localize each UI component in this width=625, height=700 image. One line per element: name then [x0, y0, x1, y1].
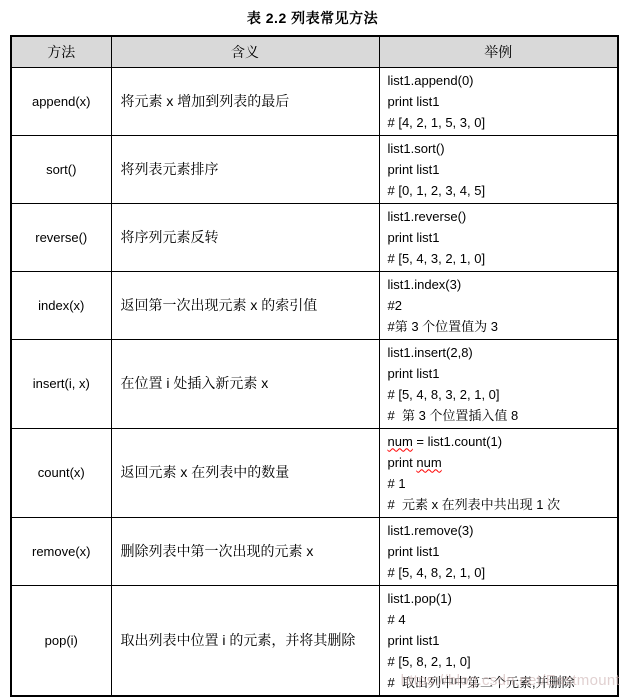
- method-cell: remove(x): [11, 517, 111, 585]
- example-line: # [5, 4, 8, 3, 2, 1, 0]: [388, 384, 610, 405]
- example-cell: list1.reverse()print list1# [5, 4, 3, 2,…: [379, 203, 618, 271]
- method-cell: count(x): [11, 428, 111, 517]
- example-line: #2: [388, 295, 610, 316]
- example-line: print num: [388, 452, 610, 473]
- meaning-cell: 删除列表中第一次出现的元素 x: [111, 517, 379, 585]
- methods-table-body: append(x) 将元素 x 增加到列表的最后 list1.append(0)…: [11, 67, 618, 696]
- misspelled-word: num: [388, 434, 413, 449]
- header-method: 方法: [11, 36, 111, 67]
- example-cell: list1.sort()print list1# [0, 1, 2, 3, 4,…: [379, 135, 618, 203]
- example-line: #第 3 个位置值为 3: [388, 316, 610, 337]
- example-line: # [4, 2, 1, 5, 3, 0]: [388, 112, 610, 133]
- table-row: pop(i) 取出列表中位置 i 的元素，并将其删除 list1.pop(1)#…: [11, 585, 618, 696]
- example-line: list1.reverse(): [388, 206, 610, 227]
- table-row: reverse() 将序列元素反转 list1.reverse()print l…: [11, 203, 618, 271]
- example-line: list1.index(3): [388, 274, 610, 295]
- table-row: remove(x) 删除列表中第一次出现的元素 x list1.remove(3…: [11, 517, 618, 585]
- example-line: print list1: [388, 363, 610, 384]
- meaning-cell: 返回第一次出现元素 x 的索引值: [111, 271, 379, 339]
- example-cell: list1.remove(3)print list1# [5, 4, 8, 2,…: [379, 517, 618, 585]
- example-line: # 4: [388, 609, 610, 630]
- example-line: num = list1.count(1): [388, 431, 610, 452]
- method-cell: insert(i, x): [11, 339, 111, 428]
- page-title: 表 2.2 列表常见方法: [0, 0, 625, 28]
- header-meaning: 含义: [111, 36, 379, 67]
- list-methods-table: 方法 含义 举例 append(x) 将元素 x 增加到列表的最后 list1.…: [10, 35, 619, 697]
- table-row: index(x) 返回第一次出现元素 x 的索引值 list1.index(3)…: [11, 271, 618, 339]
- example-line: list1.pop(1): [388, 588, 610, 609]
- meaning-cell: 取出列表中位置 i 的元素，并将其删除: [111, 585, 379, 696]
- example-cell: num = list1.count(1)print num# 1# 元素 x 在…: [379, 428, 618, 517]
- meaning-cell: 在位置 i 处插入新元素 x: [111, 339, 379, 428]
- meaning-cell: 返回元素 x 在列表中的数量: [111, 428, 379, 517]
- method-cell: append(x): [11, 67, 111, 135]
- header-example: 举例: [379, 36, 618, 67]
- method-cell: reverse(): [11, 203, 111, 271]
- method-cell: index(x): [11, 271, 111, 339]
- table-row: count(x) 返回元素 x 在列表中的数量 num = list1.coun…: [11, 428, 618, 517]
- meaning-cell: 将列表元素排序: [111, 135, 379, 203]
- example-cell: list1.append(0)print list1# [4, 2, 1, 5,…: [379, 67, 618, 135]
- meaning-cell: 将元素 x 增加到列表的最后: [111, 67, 379, 135]
- example-line: list1.insert(2,8): [388, 342, 610, 363]
- example-line: list1.remove(3): [388, 520, 610, 541]
- example-line: print list1: [388, 159, 610, 180]
- header-row: 方法 含义 举例: [11, 36, 618, 67]
- misspelled-word: num: [416, 455, 441, 470]
- example-line: # 第 3 个位置插入值 8: [388, 405, 610, 426]
- example-line: print list1: [388, 91, 610, 112]
- example-line: list1.sort(): [388, 138, 610, 159]
- table-row: append(x) 将元素 x 增加到列表的最后 list1.append(0)…: [11, 67, 618, 135]
- example-cell: list1.pop(1)# 4print list1# [5, 8, 2, 1,…: [379, 585, 618, 696]
- example-line: print list1: [388, 630, 610, 651]
- table-header: 方法 含义 举例: [11, 36, 618, 67]
- example-line: # 取出列中中第二个元素,并删除: [388, 672, 610, 693]
- example-line: print list1: [388, 541, 610, 562]
- table-row: sort() 将列表元素排序 list1.sort()print list1# …: [11, 135, 618, 203]
- example-line: # 元素 x 在列表中共出现 1 次: [388, 494, 610, 515]
- example-line: # 1: [388, 473, 610, 494]
- example-cell: list1.insert(2,8)print list1# [5, 4, 8, …: [379, 339, 618, 428]
- example-line: # [5, 4, 3, 2, 1, 0]: [388, 248, 610, 269]
- example-line: # [0, 1, 2, 3, 4, 5]: [388, 180, 610, 201]
- example-line: # [5, 4, 8, 2, 1, 0]: [388, 562, 610, 583]
- example-line: list1.append(0): [388, 70, 610, 91]
- method-cell: pop(i): [11, 585, 111, 696]
- table-row: insert(i, x) 在位置 i 处插入新元素 x list1.insert…: [11, 339, 618, 428]
- meaning-cell: 将序列元素反转: [111, 203, 379, 271]
- example-line: # [5, 8, 2, 1, 0]: [388, 651, 610, 672]
- example-line: print list1: [388, 227, 610, 248]
- method-cell: sort(): [11, 135, 111, 203]
- example-cell: list1.index(3)#2#第 3 个位置值为 3: [379, 271, 618, 339]
